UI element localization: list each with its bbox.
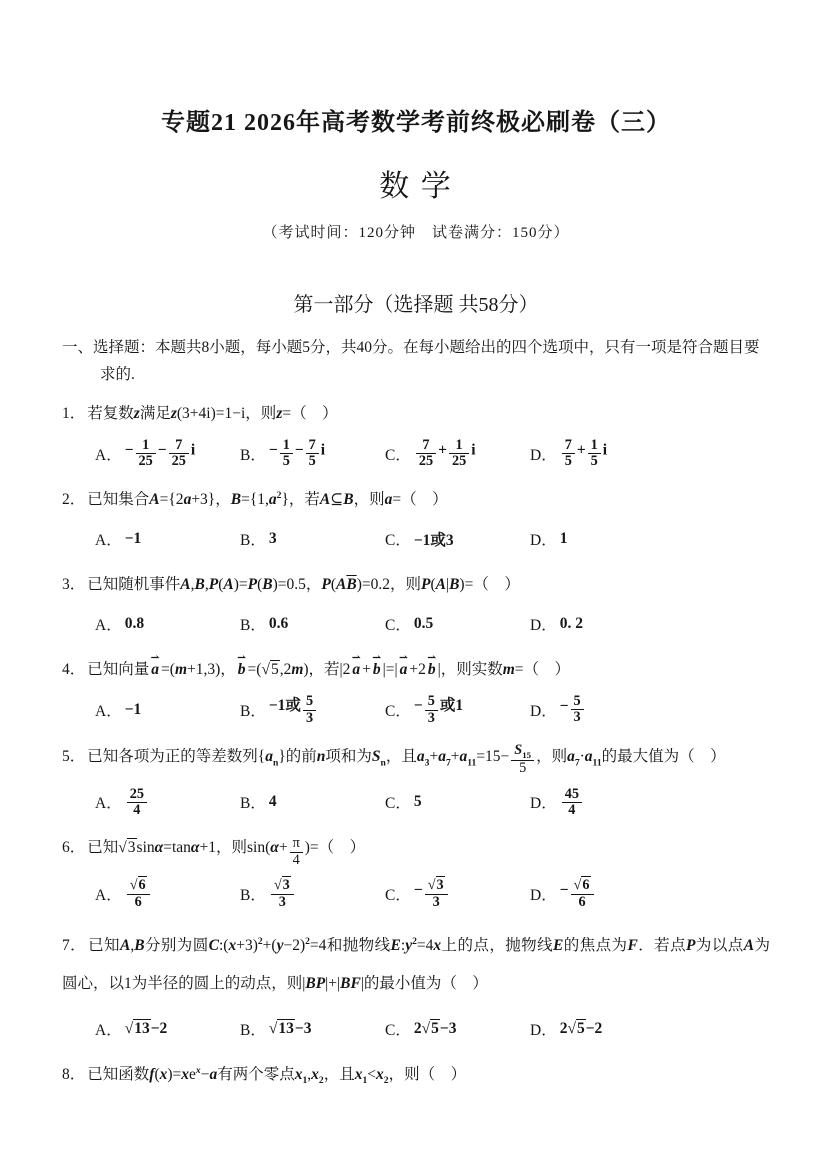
option-label: A．: [95, 699, 122, 721]
question-2: 2．已知集合A={2a+3}，B={1,a2}，若A⊆B，则a=（ ）A．−1B…: [62, 487, 770, 559]
option-value: −1: [125, 701, 142, 719]
option-value: −15−75i: [269, 438, 325, 470]
option-A: A．−1: [95, 528, 240, 550]
page-title: 专题21 2026年高考数学考前终极必刷卷（三）: [62, 102, 770, 137]
question-stem: 8．已知函数f(x)=xex−a有两个零点x1,x2，且x1<x2，则（ ）: [62, 1062, 770, 1089]
option-label: B．: [240, 883, 266, 905]
option-D: D．454: [530, 787, 584, 819]
options-row: A．√66B．√33C．−√33D．−√66: [62, 874, 770, 914]
option-label: C．: [385, 791, 411, 813]
option-B: B．4: [240, 791, 385, 813]
option-A: A．−1: [95, 699, 240, 721]
option-D: D．0. 2: [530, 613, 583, 635]
options-row: A．√13−2B．√13−3C．2√5−3D．2√5−2: [62, 1009, 770, 1049]
option-label: D．: [530, 883, 557, 905]
option-label: D．: [530, 1018, 557, 1040]
option-A: A．254: [95, 787, 240, 819]
option-C: C．−1或3: [385, 528, 530, 550]
option-A: A．√66: [95, 878, 240, 910]
option-D: D．−√66: [530, 878, 596, 910]
option-value: 75+15i: [560, 438, 607, 470]
question-number: 7．: [62, 937, 86, 954]
option-D: D．1: [530, 528, 567, 550]
option-A: A．−125−725i: [95, 438, 240, 470]
options-row: A．−125−725iB．−15−75iC．725+125iD．75+15i: [62, 434, 770, 474]
question-7: 7．已知A,B分别为圆C:(x+3)2+(y−2)2=4和抛物线E:y2=4x上…: [62, 927, 770, 1049]
option-value: −√33: [414, 878, 450, 910]
question-stem: 3．已知随机事件A,B,P(A)=P(B)=0.5，P(AB)=0.2，则P(A…: [62, 572, 770, 598]
question-5: 5．已知各项为正的等差数列{an}的前n项和为Sn，且a3+a7+a11=15−…: [62, 743, 770, 823]
question-stem: 6．已知√3sinα=tanα+1，则sin(α+π4)=（ ）: [62, 835, 770, 868]
option-value: 2√5−3: [414, 1020, 457, 1038]
question-number: 1．: [62, 405, 85, 422]
option-value: 254: [125, 787, 149, 819]
option-label: C．: [385, 613, 411, 635]
option-label: D．: [530, 791, 557, 813]
option-value: 2√5−2: [560, 1020, 603, 1038]
option-C: C．0.5: [385, 613, 530, 635]
option-value: 0.6: [269, 615, 288, 633]
question-stem: 2．已知集合A={2a+3}，B={1,a2}，若A⊆B，则a=（ ）: [62, 487, 770, 513]
question-number: 5．: [62, 748, 85, 765]
option-label: B．: [240, 1018, 266, 1040]
option-value: √13−2: [125, 1020, 168, 1038]
option-C: C．−√33: [385, 878, 530, 910]
option-D: D．−53: [530, 694, 586, 726]
option-value: −53或1: [414, 693, 463, 726]
option-B: B．−15−75i: [240, 438, 385, 470]
option-value: √13−3: [269, 1020, 312, 1038]
question-8: 8．已知函数f(x)=xex−a有两个零点x1,x2，且x1<x2，则（ ）: [62, 1062, 770, 1089]
option-value: 4: [269, 793, 277, 811]
option-label: C．: [385, 1018, 411, 1040]
question-stem: 4．已知向量a=(m+1,3)，b=(√5,2m)，若|2a+b|=|a+2b|…: [62, 657, 770, 683]
option-value: 725+125i: [414, 438, 476, 470]
option-C: C．725+125i: [385, 438, 530, 470]
options-row: A．−1B．−1或53C．−53或1D．−53: [62, 690, 770, 730]
instructions: 一、选择题：本题共8小题，每小题5分，共40分。在每小题给出的四个选项中，只有一…: [62, 335, 770, 388]
option-C: C．−53或1: [385, 693, 530, 726]
option-label: A．: [95, 791, 122, 813]
options-row: A．0.8B．0.6C．0.5D．0. 2: [62, 604, 770, 644]
question-number: 3．: [62, 576, 85, 593]
option-label: A．: [95, 613, 122, 635]
question-6: 6．已知√3sinα=tanα+1，则sin(α+π4)=（ ）A．√66B．√…: [62, 835, 770, 914]
subject-title: 数 学: [62, 161, 770, 205]
option-label: C．: [385, 699, 411, 721]
option-value: −√66: [560, 878, 596, 910]
option-A: A．0.8: [95, 613, 240, 635]
option-label: A．: [95, 1018, 122, 1040]
option-A: A．√13−2: [95, 1018, 240, 1040]
option-value: 0. 2: [560, 615, 583, 633]
option-value: −1: [125, 530, 142, 548]
option-label: D．: [530, 528, 557, 550]
option-value: −1或3: [414, 528, 454, 550]
question-4: 4．已知向量a=(m+1,3)，b=(√5,2m)，若|2a+b|=|a+2b|…: [62, 657, 770, 729]
option-B: B．−1或53: [240, 693, 385, 726]
exam-paper-page: 专题21 2026年高考数学考前终极必刷卷（三） 数 学 （考试时间：120分钟…: [0, 0, 827, 1169]
option-B: B．√33: [240, 878, 385, 910]
option-C: C．5: [385, 791, 530, 813]
option-B: B．√13−3: [240, 1018, 385, 1040]
option-label: D．: [530, 613, 557, 635]
question-number: 6．: [62, 839, 85, 856]
option-label: C．: [385, 883, 411, 905]
option-label: A．: [95, 443, 122, 465]
option-value: 1: [560, 530, 568, 548]
question-1: 1．若复数z满足z(3+4i)=1−i，则z=（ ）A．−125−725iB．−…: [62, 401, 770, 473]
option-value: 3: [269, 530, 277, 548]
option-value: −125−725i: [125, 438, 196, 470]
option-D: D．75+15i: [530, 438, 607, 470]
option-C: C．2√5−3: [385, 1018, 530, 1040]
option-value: 0.5: [414, 615, 433, 633]
question-list: 1．若复数z满足z(3+4i)=1−i，则z=（ ）A．−125−725iB．−…: [62, 401, 770, 1089]
section-header: 第一部分（选择题 共58分）: [62, 288, 770, 317]
option-value: −53: [560, 694, 586, 726]
option-value: 5: [414, 793, 422, 811]
option-label: B．: [240, 613, 266, 635]
exam-info: （考试时间：120分钟 试卷满分：150分）: [62, 221, 770, 242]
question-stem: 1．若复数z满足z(3+4i)=1−i，则z=（ ）: [62, 401, 770, 427]
option-value: 454: [560, 787, 584, 819]
question-3: 3．已知随机事件A,B,P(A)=P(B)=0.5，P(AB)=0.2，则P(A…: [62, 572, 770, 644]
option-label: A．: [95, 883, 122, 905]
option-value: √33: [269, 878, 296, 910]
options-row: A．−1B．3C．−1或3D．1: [62, 519, 770, 559]
option-label: D．: [530, 699, 557, 721]
option-value: √66: [125, 878, 152, 910]
option-label: B．: [240, 791, 266, 813]
question-stem: 7．已知A,B分别为圆C:(x+3)2+(y−2)2=4和抛物线E:y2=4x上…: [62, 927, 770, 1003]
option-label: B．: [240, 699, 266, 721]
option-label: C．: [385, 528, 411, 550]
option-B: B．0.6: [240, 613, 385, 635]
option-value: −1或53: [269, 693, 318, 726]
option-label: A．: [95, 528, 122, 550]
option-D: D．2√5−2: [530, 1018, 602, 1040]
option-label: B．: [240, 443, 266, 465]
question-number: 8．: [62, 1066, 85, 1083]
option-label: B．: [240, 528, 266, 550]
option-label: C．: [385, 443, 411, 465]
question-number: 2．: [62, 491, 85, 508]
question-number: 4．: [62, 661, 85, 678]
option-B: B．3: [240, 528, 385, 550]
options-row: A．254B．4C．5D．454: [62, 782, 770, 822]
question-stem: 5．已知各项为正的等差数列{an}的前n项和为Sn，且a3+a7+a11=15−…: [62, 743, 770, 777]
option-value: 0.8: [125, 615, 144, 633]
option-label: D．: [530, 443, 557, 465]
